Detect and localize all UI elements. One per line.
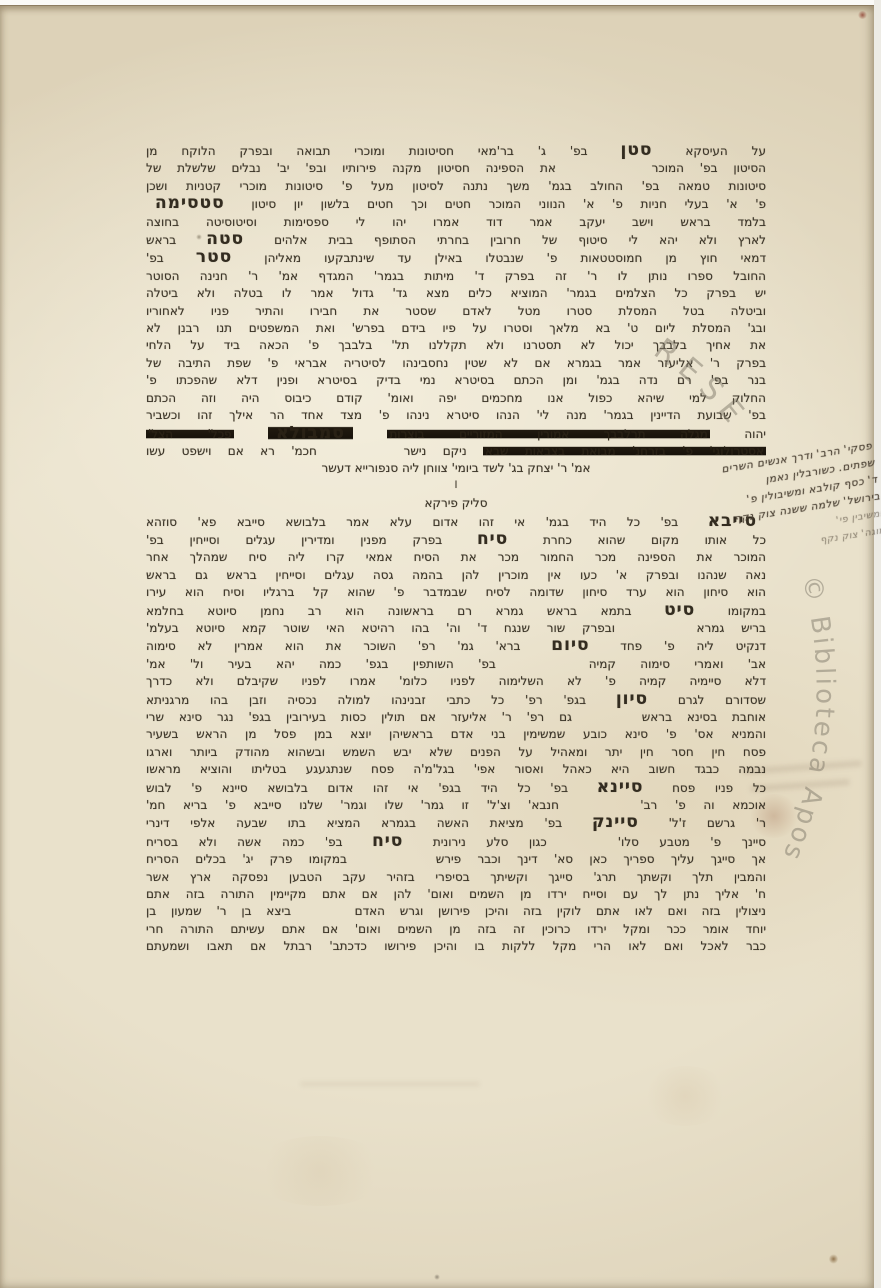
text-line: כל אותו מקום שהוא כחרת סיח בפרק מפנין ומ… bbox=[146, 531, 766, 549]
text-line: הוא סיחון הוא ערד סיחון שדומה לסיח שבמדב… bbox=[146, 584, 766, 601]
body-text: המוכר את הספינה מכר החמור מכר את הסיח אמ… bbox=[146, 550, 766, 564]
censored-text: פכל' הצל' bbox=[146, 427, 234, 441]
body-text: הוא סיחון הוא ערד סיחון שדומה לסיח שבמדב… bbox=[146, 585, 766, 599]
body-text: חכמ' רא אם וישפט עשו bbox=[146, 444, 317, 458]
body-text: פ' א' בעלי חניות פ' א' הנווני המוכר חטים… bbox=[251, 197, 766, 211]
entry-headword: סיום bbox=[542, 635, 598, 655]
body-text: דמאי חוץ מן חמוסטטאות פ' שנבטלו באילן עד… bbox=[264, 251, 766, 265]
body-text: במקומו bbox=[728, 604, 766, 618]
text-line: את אחיך בלבבך יכול לא תסטרנו ולא תקללנו … bbox=[146, 337, 766, 354]
body-text: ח' אליך נתן לך עם וסייח ירדו מן השמים וא… bbox=[146, 887, 766, 901]
entry-headword: סטה bbox=[197, 229, 253, 249]
text-line: סליק פירקא bbox=[146, 495, 766, 512]
body-text: אך סייגך עליך ספריך כאן סא' דינך וכבר פי… bbox=[436, 852, 766, 866]
bleed-through-ghost bbox=[300, 1081, 480, 1087]
body-text: ביצא בן ר' שמעון בן bbox=[146, 904, 291, 918]
body-text: נבמה כבגד חשוב היא כאהל ואסור אפי' בגל'מ… bbox=[146, 762, 766, 776]
red-corner-mark bbox=[858, 11, 867, 19]
text-line: וביטלה בטל המסלת סטרו מטל לאדם שסטר את ח… bbox=[146, 303, 766, 320]
text-line: דלא סיימיה קמיה פ' לא השלימוה לפניו כלומ… bbox=[146, 673, 766, 690]
body-text: את אחיך בלבבך יכול לא תסטרנו ולא תקללנו … bbox=[146, 338, 766, 352]
watermark-arc-lower-text: © Biblioteca Apos bbox=[776, 573, 840, 867]
body-text: על העיסקא bbox=[685, 144, 766, 158]
text-line: פסח חין חסר חין יתר ומאהיל על הפנים שלא … bbox=[146, 744, 766, 761]
body-text: נאה שנהנו ובפרק א' כעו אין מוכרין להן בה… bbox=[146, 568, 766, 582]
entry-headword: סיח bbox=[468, 529, 517, 549]
body-text: הסיטון בפ' המוכר bbox=[652, 161, 766, 175]
entry-headword: סטר bbox=[187, 247, 241, 267]
body-text: ברא' גמ' רפ' השוכר את הוא אמרין לא סימוה bbox=[146, 639, 520, 653]
body-text: בפרק מפנין ומדירין עגלים וסייחין בפ' bbox=[146, 533, 442, 547]
censored-text: מגלה תרלבבך אמורין המזוריים בוצרות bbox=[387, 427, 710, 441]
text-line: במקומו סיט בתמא בראש גמרא רם בראשונה הוא… bbox=[146, 602, 766, 620]
text-line: אסטרולוגי' פ' בזרחנ' מבואת בצבאות שבא ני… bbox=[146, 443, 766, 460]
body-text: ר' גרשם ז'ל' bbox=[669, 816, 766, 830]
body-text: סליק פירקא bbox=[424, 496, 487, 510]
body-text: בפ' bbox=[146, 251, 164, 265]
watermark-text-lower: © Biblioteca Apos bbox=[776, 573, 840, 867]
text-line: ן bbox=[146, 478, 766, 495]
text-line: נבמה כבגד חשוב היא כאהל ואסור אפי' בגל'מ… bbox=[146, 761, 766, 778]
body-text: ניקם נישר bbox=[404, 444, 467, 458]
body-text: דנקיט ליה פ' פחד bbox=[620, 639, 766, 653]
body-text: יהוה bbox=[744, 427, 766, 441]
entry-headword: סיינק bbox=[583, 812, 648, 832]
entry-headword: סיח bbox=[363, 831, 412, 851]
body-text: והמניא אס' פ' סינא כובע שמשימין בני אדם … bbox=[146, 727, 766, 741]
text-line: החובל ספרו נותן לו ר' זה בפרק ד' מיתות ב… bbox=[146, 268, 766, 285]
text-line: אוחבת בסינא בראש גם רפ' ר' אליעזר אם תול… bbox=[146, 709, 766, 726]
body-text: בפרק ר' אליעזר אמר בגמרא אם לא שטין נחסב… bbox=[146, 356, 766, 370]
text-line: בפ' שבועת הדיינין בגמר' מנה לי' הנהו סיט… bbox=[146, 407, 766, 424]
text-line: כבר לאכל ואם לאו הרי מקל ללקות בו והיכן … bbox=[146, 938, 766, 955]
body-text: החובל ספרו נותן לו ר' זה בפרק ד' מיתות ב… bbox=[146, 269, 766, 283]
body-text: שסדורם לגרם bbox=[678, 693, 766, 707]
body-text: החלוק למי שיהא כפול אנו מחכמים יפה ואומ'… bbox=[146, 391, 766, 405]
text-line: ר' גרשם ז'ל' סיינק בפ' מציאת האשה בגמרא … bbox=[146, 814, 766, 832]
body-text: גם רפ' ר' אליעזר אם תולין כסות בעירובין … bbox=[146, 710, 572, 724]
body-text: בפ' השותפין בגפ' כמה יהא בעיר ול' אמ' bbox=[146, 657, 496, 671]
text-line: סיינך פ' מטבע סלו' כגון סלע נירונית סיח … bbox=[146, 833, 766, 851]
text-line: והמבין תלך וקשתך תרג' סייגך וקשיתך בסיפר… bbox=[146, 869, 766, 886]
text-line: אוכמא וה פ' רב' חנבא' וצ'ל' זו גמר' שלו … bbox=[146, 797, 766, 814]
text-line: ח' אליך נתן לך עם וסייח ירדו מן השמים וא… bbox=[146, 886, 766, 903]
text-line: והמניא אס' פ' סינא כובע שמשימין בני אדם … bbox=[146, 726, 766, 743]
body-text: כגון סלע נירונית bbox=[433, 835, 547, 849]
text-line: סייבא בפ' כל היד בגמ' אי זהו אדום עלא אמ… bbox=[146, 513, 766, 531]
body-text: סיינך פ' מטבע סלו' bbox=[618, 835, 766, 849]
body-text: כבר לאכל ואם לאו הרי מקל ללקות בו והיכן … bbox=[146, 939, 766, 953]
body-text: אמ' ר' יצחק בג' לשד ביומי' צווחן ליה סנפ… bbox=[321, 461, 590, 475]
body-text: פסח חין חסר חין יתר ומאהיל על הפנים שלא … bbox=[146, 745, 766, 759]
body-text: והמבין תלך וקשתך תרג' סייגך וקשיתך בסיפר… bbox=[146, 870, 766, 884]
body-text: ן bbox=[455, 478, 458, 489]
body-text: יוחד אומר ככר ומקל ירדו כרוכין זה בזה מן… bbox=[146, 922, 766, 936]
foxing-stain bbox=[250, 1136, 390, 1206]
printed-text-block: על העיסקא סטן בפ' ג' בר'מאי חסיטונות ומו… bbox=[146, 142, 766, 956]
body-text: לארץ ולא יהא לי סיטוף של חרובין בחרתי הס… bbox=[274, 233, 766, 247]
body-text: בפ' שבועת הדיינין בגמר' מנה לי' הנהו סיט… bbox=[146, 408, 766, 422]
censored-text: אסטרולוגי' פ' בזרחנ' מבואת בצבאות שבא bbox=[483, 444, 766, 458]
text-line: ובג' המסלת ליום ט' בא מלאך וסטרו על פיו … bbox=[146, 320, 766, 337]
text-line: כל פניו פסח סיינא בפ' כל היד בגפ' אי זהו… bbox=[146, 779, 766, 797]
text-line: דנקיט ליה פ' פחד סיום ברא' גמ' רפ' השוכר… bbox=[146, 637, 766, 655]
body-text: בלמד בראש וישב יעקב אמר דוד אמרו יהו לי … bbox=[146, 215, 766, 229]
text-line: יהוה מגלה תרלבבך אמורין המזוריים בוצרות … bbox=[146, 425, 766, 443]
entry-headword: סיון bbox=[607, 689, 657, 709]
body-text: בתמא בראש גמרא רם בראשונה הוא רב נחמן סי… bbox=[146, 604, 632, 618]
text-line: הסיטון בפ' המוכר את הספינה חסיטון מקנה פ… bbox=[146, 160, 766, 177]
text-line: שסדורם לגרם סיון בגפ' רפ' כל כתבי זבנינה… bbox=[146, 691, 766, 709]
body-text: בנר בפ' רם נדה בגמ' ומן הכתם בסיטרא נמי … bbox=[146, 373, 766, 387]
text-line: יש בפרק כל הצלמים בגמר' המוציא כלים מצא … bbox=[146, 285, 766, 302]
text-line: פ' א' בעלי חניות פ' א' הנווני המוכר חטים… bbox=[146, 195, 766, 213]
ink-speck bbox=[434, 1274, 440, 1280]
text-line: בריש גמרא ובפרק שור שנגח ד' וה' בהו רהיט… bbox=[146, 620, 766, 637]
body-text: אוכמא וה פ' רב' bbox=[640, 798, 766, 812]
entry-headword: סטסימה bbox=[146, 193, 234, 213]
body-text: בפ' כמה אשה ולא בסריח bbox=[146, 835, 343, 849]
body-text: סיטונות טמאה בפ' החולב בגמ' משך נתנה לסי… bbox=[146, 179, 766, 193]
body-text: ובפרק שור שנגח ד' וה' בהו רהיטא האי שוטר… bbox=[146, 621, 615, 635]
body-text: במקומו פרק יג' בכלים הסריח bbox=[146, 852, 347, 866]
body-text: בפ' כל היד בגפ' אי זהו אדום בלבושא סיינא… bbox=[146, 781, 568, 795]
text-line: בפרק ר' אליעזר אמר בגמרא אם לא שטין נחסב… bbox=[146, 355, 766, 372]
body-text: בפ' מציאת האשה בגמרא המציא בתו שבעה אלפי… bbox=[146, 816, 562, 830]
body-text: בראש bbox=[146, 233, 176, 247]
text-line: ניצולין בזה ואם לאו אתם לוקין בזה והיכן … bbox=[146, 903, 766, 920]
ink-speck bbox=[829, 1254, 838, 1264]
body-text: ניצולין בזה ואם לאו אתם לוקין בזה והיכן … bbox=[355, 904, 766, 918]
body-text: כל פניו פסח bbox=[672, 781, 766, 795]
body-text: וביטלה בטל המסלת סטרו מטל לאדם שסטר את ח… bbox=[146, 304, 766, 318]
body-text: דלא סיימיה קמיה פ' לא השלימוה לפניו כלומ… bbox=[146, 674, 766, 688]
text-line: סיטונות טמאה בפ' החולב בגמ' משך נתנה לסי… bbox=[146, 178, 766, 195]
censored-headword: סמבולא bbox=[268, 423, 353, 443]
scanned-page-stage: על העיסקא סטן בפ' ג' בר'מאי חסיטונות ומו… bbox=[0, 0, 881, 1288]
body-text: בגפ' רפ' כל כתבי זבנינהו למולה נכסיה וזב… bbox=[146, 693, 586, 707]
body-text: חנבא' וצ'ל' זו גמר' שלו וגמר' שלנו סייבא… bbox=[146, 798, 559, 812]
text-line: יוחד אומר ככר ומקל ירדו כרוכין זה בזה מן… bbox=[146, 921, 766, 938]
body-text: בפ' ג' בר'מאי חסיטונות ומוכרי תבואה ובפר… bbox=[146, 144, 588, 158]
entry-headword: סטן bbox=[612, 140, 662, 160]
scan-edge-right bbox=[874, 0, 881, 1288]
body-text: את הספינה חסיטון מקנה פירותיו ובפ' יב' נ… bbox=[146, 161, 556, 175]
text-line: המוכר את הספינה מכר החמור מכר את הסיח אמ… bbox=[146, 549, 766, 566]
text-line: נאה שנהנו ובפרק א' כעו אין מוכרין להן בה… bbox=[146, 567, 766, 584]
entry-headword: סיינא bbox=[588, 777, 653, 797]
text-line: אב' ואמרי סימוה קמיה בפ' השותפין בגפ' כמ… bbox=[146, 656, 766, 673]
text-line: אך סייגך עליך ספריך כאן סא' דינך וכבר פי… bbox=[146, 851, 766, 868]
text-line: החלוק למי שיהא כפול אנו מחכמים יפה ואומ'… bbox=[146, 390, 766, 407]
text-line: על העיסקא סטן בפ' ג' בר'מאי חסיטונות ומו… bbox=[146, 142, 766, 160]
body-text: יש בפרק כל הצלמים בגמר' המוציא כלים מצא … bbox=[146, 286, 766, 300]
body-text: ובג' המסלת ליום ט' בא מלאך וסטרו על פיו … bbox=[146, 321, 766, 335]
entry-headword: סיט bbox=[655, 600, 704, 620]
body-text: בריש גמרא bbox=[696, 621, 766, 635]
body-text: בפ' כל היד בגמ' אי זהו אדום עלא אמר בלבו… bbox=[146, 515, 678, 529]
text-line: בנר בפ' רם נדה בגמ' ומן הכתם בסיטרא נמי … bbox=[146, 372, 766, 389]
body-text: אוחבת בסינא בראש bbox=[642, 710, 766, 724]
parchment-page: על העיסקא סטן בפ' ג' בר'מאי חסיטונות ומו… bbox=[0, 5, 874, 1288]
foxing-stain bbox=[640, 1066, 730, 1126]
text-line: אמ' ר' יצחק בג' לשד ביומי' צווחן ליה סנפ… bbox=[146, 460, 766, 477]
text-line: דמאי חוץ מן חמוסטטאות פ' שנבטלו באילן עד… bbox=[146, 249, 766, 267]
body-text: אב' ואמרי סימוה קמיה bbox=[589, 657, 766, 671]
